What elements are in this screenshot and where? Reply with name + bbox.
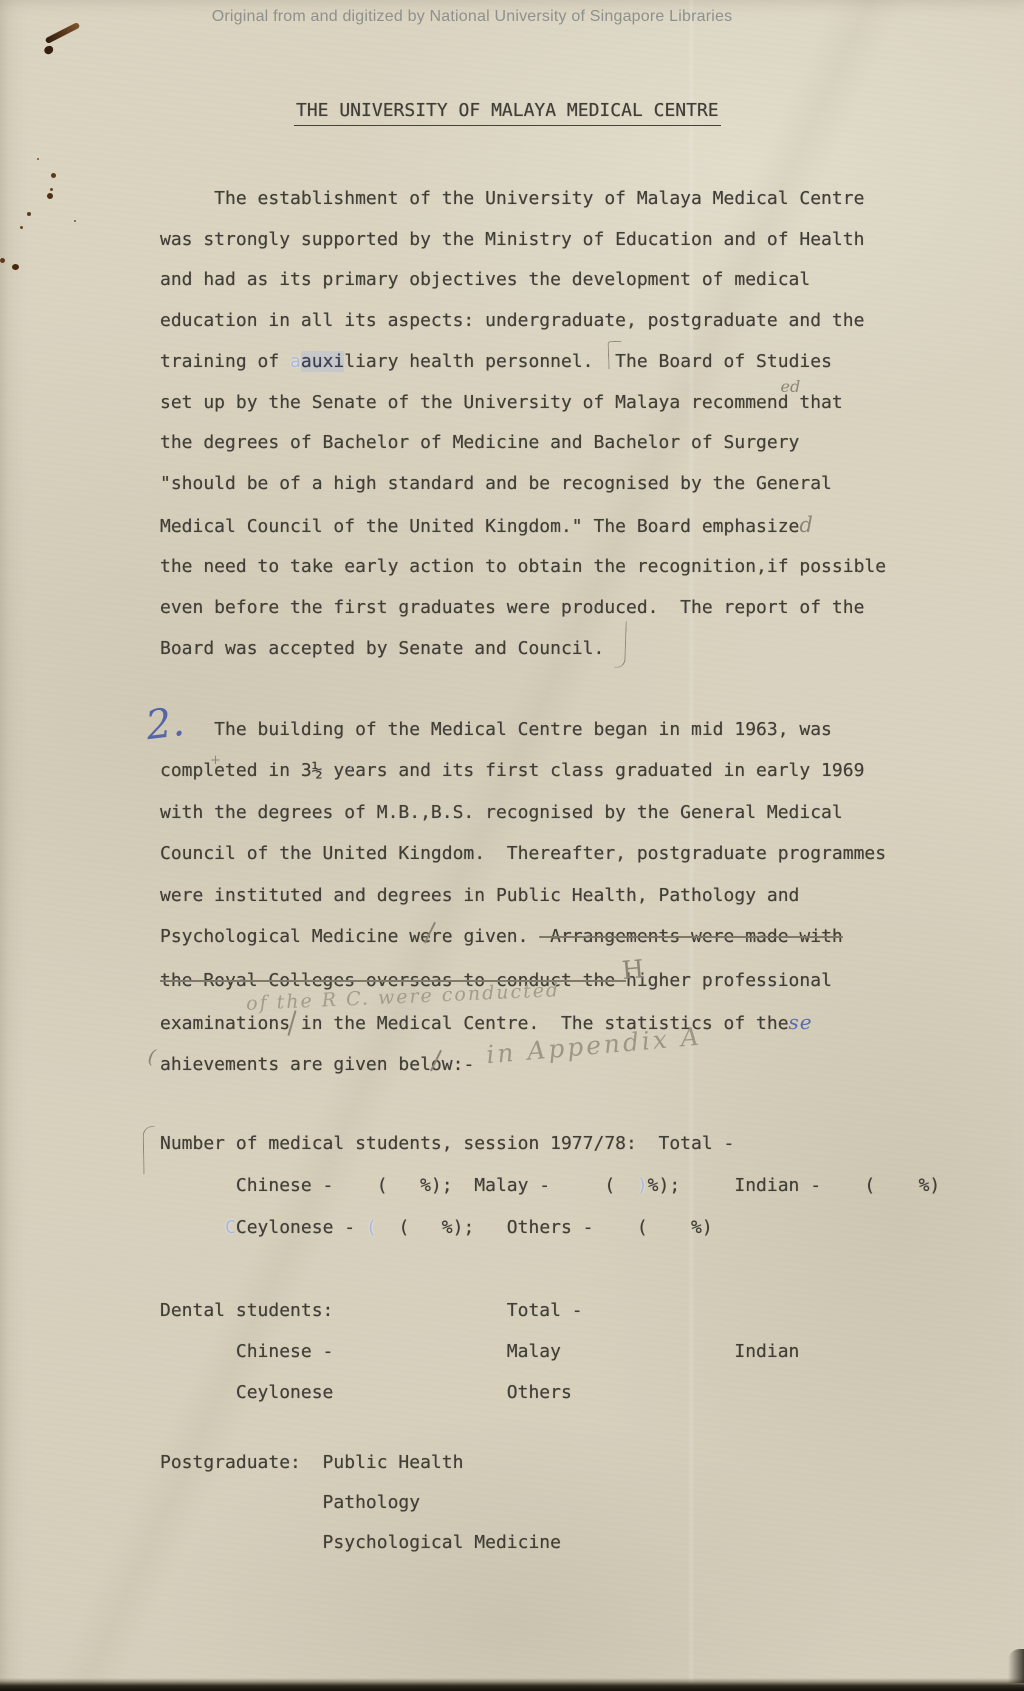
postgraduate-statistics: Postgraduate: Public Health Pathology Ps… [160, 1443, 561, 1563]
ink-dot [0, 258, 5, 263]
scan-bottom-edge [0, 1678, 1024, 1691]
typed-line: the need to take early action to obtain … [160, 547, 886, 588]
typed-line: Psychological Medicine [160, 1523, 561, 1563]
typed-line: the degrees of Bachelor of Medicine and … [160, 423, 886, 464]
ink-dot [51, 173, 56, 178]
typed-line: Medical Council of the United Kingdom." … [160, 505, 886, 548]
pencil-caret-mark: + [210, 753, 221, 768]
typed-line: Pathology [160, 1483, 561, 1523]
pencil-corner-mark [608, 341, 623, 369]
pencil-bracket-mark [614, 621, 627, 668]
typed-line: Council of the United Kingdom. Thereafte… [160, 833, 886, 874]
typed-line: even before the first graduates were pro… [160, 588, 886, 629]
paragraph-establishment: The establishment of the University of M… [160, 179, 886, 669]
typed-line: completed in 3½ years and its first clas… [160, 750, 886, 791]
scan-corner-shadow [1008, 1649, 1024, 1683]
blue-correction-tick: ' [349, 764, 353, 780]
medical-students-statistics: Number of medical students, session 1977… [160, 1123, 940, 1249]
ink-dot [37, 158, 39, 160]
ink-dot [12, 264, 19, 270]
typed-line: education in all its aspects: undergradu… [160, 301, 886, 342]
typed-line: Chinese - Malay Indian [160, 1331, 799, 1372]
typed-line: were instituted and degrees in Public He… [160, 875, 886, 916]
typed-line: "should be of a high standard and be rec… [160, 464, 886, 505]
ink-dot [47, 193, 53, 199]
typed-line: training of aauxiliary health personnel.… [160, 342, 886, 383]
typed-line: was strongly supported by the Ministry o… [160, 220, 886, 261]
pencil-margin-bracket [143, 1126, 156, 1174]
typed-line: The building of the Medical Centre began… [160, 709, 886, 750]
typed-line: with the degrees of M.B.,B.S. recognised… [160, 792, 886, 833]
typed-line: The establishment of the University of M… [160, 179, 886, 220]
typed-line: CCeylonese - ( ( %); Others - ( %) [160, 1207, 940, 1249]
ink-dot [50, 188, 53, 191]
ink-dot [20, 226, 23, 229]
typed-line: Board was accepted by Senate and Council… [160, 629, 886, 670]
typed-line: Chinese - ( %); Malay - ( )%); Indian - … [160, 1165, 940, 1207]
dental-students-statistics: Dental students: Total - Chinese - Malay… [160, 1290, 799, 1413]
typed-line: Psychological Medicine were given. Arran… [160, 916, 886, 957]
typed-line: Number of medical students, session 1977… [160, 1123, 940, 1165]
typed-line: Ceylonese Others [160, 1372, 799, 1413]
typed-line: Dental students: Total - [160, 1290, 799, 1331]
ink-dot [74, 220, 76, 222]
typed-line: set up by the Senate of the University o… [160, 383, 886, 424]
document-title: THE UNIVERSITY OF MALAYA MEDICAL CENTRE [294, 100, 721, 126]
typed-line: and had as its primary objectives the de… [160, 260, 886, 301]
scanned-document-page: Original from and digitized by National … [0, 0, 1024, 1691]
handwritten-paragraph-number: 2. [144, 702, 187, 746]
typed-line: Postgraduate: Public Health [160, 1443, 561, 1483]
paragraph-building: The building of the Medical Centre began… [160, 709, 886, 1086]
pencil-caret-open: ( [147, 1046, 157, 1069]
ink-dot [27, 212, 31, 216]
digitization-credit: Original from and digitized by National … [0, 6, 984, 28]
